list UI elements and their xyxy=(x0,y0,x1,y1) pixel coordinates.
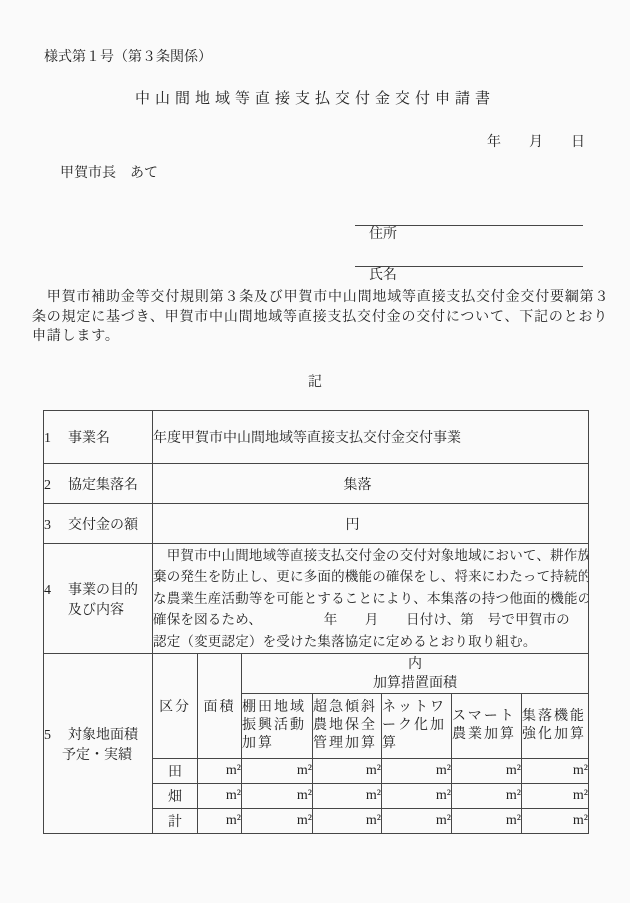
addition-area-header-cell: 内 加算措置面積 xyxy=(242,654,589,694)
purpose-text-line: 棄の発生を防止し、更に多面的機能の確保をし、将来にわたって持続的 xyxy=(153,566,588,588)
addition-header-kasan: 加算措置面積 xyxy=(242,674,588,693)
addressee-line: 甲賀市長 あて xyxy=(60,162,158,182)
row-label-total: 計 xyxy=(153,809,198,834)
settlement-name-value: 集落 xyxy=(344,474,372,494)
purpose-text-line: 認定（変更認定）を受けた集落協定に定めるとおり取り組む。 xyxy=(153,631,588,653)
column-header-shuuraku: 集落機能 強化加算 xyxy=(522,694,589,759)
area-value-cell: m² xyxy=(313,784,382,809)
application-form-page: 様式第１号（第３条関係） 中山間地域等直接支払交付金交付申請書 年 月 日 甲賀… xyxy=(0,0,630,903)
row-number: 4 xyxy=(44,583,68,599)
table-row-settlement-name: 2協定集落名 集落 xyxy=(44,464,589,504)
area-value-cell: m² xyxy=(242,809,313,834)
column-header-network: ネットワ ーク化加 算 xyxy=(382,694,452,759)
area-value-cell: m² xyxy=(382,809,452,834)
column-header-menseki: 面積 xyxy=(198,654,242,759)
area-value-cell: m² xyxy=(382,759,452,784)
application-table: 1事業名 年度甲賀市中山間地域等直接支払交付金交付事業 2協定集落名 集落 3交… xyxy=(43,410,589,834)
row-number: 3 xyxy=(44,518,68,534)
document-title: 中山間地域等直接支払交付金交付申請書 xyxy=(0,87,630,108)
form-number: 様式第１号（第３条関係） xyxy=(44,46,212,66)
area-value-cell: m² xyxy=(198,809,242,834)
area-value-cell: m² xyxy=(313,759,382,784)
area-value-cell: m² xyxy=(198,784,242,809)
intro-paragraph: 甲賀市補助金等交付規則第３条及び甲賀市中山間地域等直接支払交付金交付要綱第３ 条… xyxy=(32,288,602,347)
address-label: 住所 xyxy=(369,227,397,242)
row-label: 事業名 xyxy=(68,431,110,446)
row-number: 1 xyxy=(44,431,68,447)
settlement-name-label-cell: 2協定集落名 xyxy=(44,464,153,504)
intro-line: 条の規定に基づき、甲賀市中山間地域等直接支払交付金の交付について、下記のとおり xyxy=(32,308,602,328)
row-label: 協定集落名 xyxy=(68,478,138,493)
business-name-value-cell: 年度甲賀市中山間地域等直接支払交付金交付事業 xyxy=(153,411,589,464)
grant-amount-value: 円 xyxy=(346,514,360,534)
grant-amount-value-cell: 円 xyxy=(153,504,589,544)
business-name-label-cell: 1事業名 xyxy=(44,411,153,464)
intro-line: 申請します。 xyxy=(32,327,602,347)
area-label-line1: 5対象地面積 xyxy=(44,724,152,744)
purpose-label-line1: 4事業の目的 xyxy=(44,579,152,599)
area-value-cell: m² xyxy=(198,759,242,784)
name-label: 氏名 xyxy=(369,268,397,283)
date-line: 年 月 日 xyxy=(487,131,585,151)
row-label-paddy: 田 xyxy=(153,759,198,784)
purpose-label-cell: 4事業の目的 及び内容 xyxy=(44,544,153,654)
area-value-cell: m² xyxy=(522,809,589,834)
area-label-line2: 予定・実績 xyxy=(62,744,152,764)
row-number: 5 xyxy=(44,728,68,744)
area-value-cell: m² xyxy=(242,759,313,784)
area-value-cell: m² xyxy=(242,784,313,809)
area-value-cell: m² xyxy=(382,784,452,809)
area-subtable-header-top: 5対象地面積 予定・実績 区分 面積 内 加算措置面積 xyxy=(44,654,589,694)
name-field: 氏名 xyxy=(355,246,583,267)
area-value-cell: m² xyxy=(452,809,522,834)
area-value-cell: m² xyxy=(313,809,382,834)
column-header-smart: スマート 農業加算 xyxy=(452,694,522,759)
address-field: 住所 xyxy=(355,205,583,226)
purpose-text-cell: 甲賀市中山間地域等直接支払交付金の交付対象地域において、耕作放 棄の発生を防止し… xyxy=(153,544,589,654)
grant-amount-label-cell: 3交付金の額 xyxy=(44,504,153,544)
table-row-grant-amount: 3交付金の額 円 xyxy=(44,504,589,544)
table-row-business-name: 1事業名 年度甲賀市中山間地域等直接支払交付金交付事業 xyxy=(44,411,589,464)
intro-line: 甲賀市補助金等交付規則第３条及び甲賀市中山間地域等直接支払交付金交付要綱第３ xyxy=(32,288,602,308)
purpose-text-line: な農業生産活動等を可能とすることにより、本集落の持つ他面的機能の xyxy=(153,588,588,610)
table-row-purpose: 4事業の目的 及び内容 甲賀市中山間地域等直接支払交付金の交付対象地域において、… xyxy=(44,544,589,654)
purpose-text-line: 確保を図るため、 年 月 日付け、第 号で甲賀市の xyxy=(153,609,588,631)
area-value-cell: m² xyxy=(452,759,522,784)
settlement-name-value-cell: 集落 xyxy=(153,464,589,504)
record-mark: 記 xyxy=(0,371,630,391)
area-value-cell: m² xyxy=(522,759,589,784)
purpose-text-line: 甲賀市中山間地域等直接支払交付金の交付対象地域において、耕作放 xyxy=(153,545,588,567)
area-label-cell: 5対象地面積 予定・実績 xyxy=(44,654,153,834)
purpose-label-line2: 及び内容 xyxy=(68,599,152,619)
row-label: 交付金の額 xyxy=(68,518,138,533)
column-header-kubun: 区分 xyxy=(153,654,198,759)
row-number: 2 xyxy=(44,478,68,494)
area-value-cell: m² xyxy=(522,784,589,809)
row-label-field: 畑 xyxy=(153,784,198,809)
addition-header-inner: 内 xyxy=(242,655,588,674)
area-value-cell: m² xyxy=(452,784,522,809)
column-header-choukyuu: 超急傾斜 農地保全 管理加算 xyxy=(313,694,382,759)
column-header-tanada: 棚田地域 振興活動 加算 xyxy=(242,694,313,759)
